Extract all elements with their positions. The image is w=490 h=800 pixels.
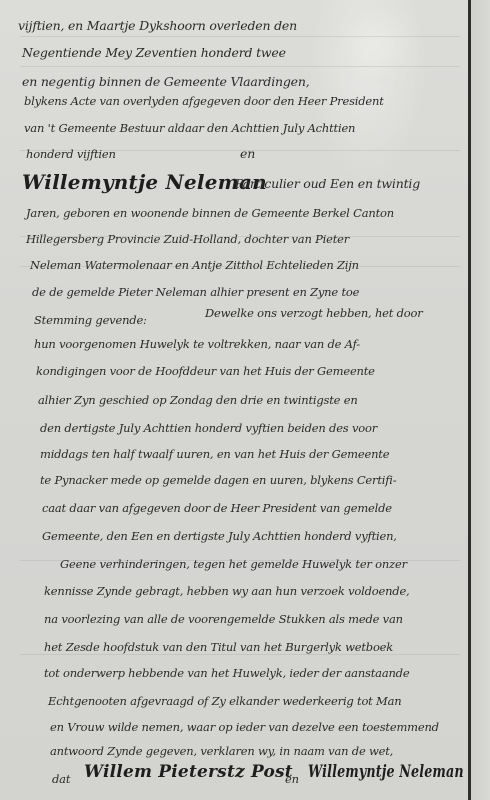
text-line-30: antwoord Zynde gegeven, verklaren wy, in… (50, 744, 393, 758)
text-line-6: honderd vijftien (26, 147, 116, 161)
text-line-5: van 't Gemeente Bestuur aldaar den Achtt… (24, 121, 355, 135)
text-line-22: Gemeente, den Een en dertigste July Acht… (42, 529, 397, 543)
bride-name-heading: Willemyntje Neleman (22, 170, 267, 194)
ruled-line (20, 36, 460, 37)
text-line-26: het Zesde hoofdstuk van den Titul van he… (44, 640, 393, 654)
text-line-16: kondigingen voor de Hoofddeur van het Hu… (36, 364, 375, 378)
text-line-29: en Vrouw wilde nemen, waar op ieder van … (50, 720, 439, 734)
text-line-dat: dat (52, 772, 70, 786)
ruled-line (20, 654, 460, 655)
ruled-line (20, 66, 460, 67)
text-line-20: te Pynacker mede op gemelde dagen en uur… (40, 473, 396, 487)
text-line-4: blykens Acte van overlyden afgegeven doo… (24, 94, 384, 108)
page-edge (471, 0, 490, 800)
text-line-2: Negentiende Mey Zeventien honderd twee (22, 45, 286, 60)
bride-name-closing: Willemyntje Neleman (308, 762, 464, 782)
groom-name: Willem Pieterstz Post (84, 762, 293, 782)
text-line-23: Geene verhinderingen, tegen het gemelde … (60, 557, 407, 571)
text-line-17: alhier Zyn geschied op Zondag den drie e… (38, 393, 358, 407)
text-line-27: tot onderwerp hebbende van het Huwelyk, … (44, 666, 409, 680)
text-line-14: Dewelke ons verzogt hebben, het door (205, 306, 423, 320)
scanned-document-page: vijftien, en Maartje Dykshoorn overleden… (0, 0, 490, 800)
text-line-en-2: en (285, 772, 299, 786)
text-line-3: en negentig binnen de Gemeente Vlaarding… (22, 74, 309, 89)
text-line-25: na voorlezing van alle de voorengemelde … (44, 612, 403, 626)
faint-seal-stamp (330, 4, 420, 84)
text-line-18: den dertigste July Achttien honderd vyft… (40, 421, 377, 435)
text-line-11: Neleman Watermolenaar en Antje Zitthol E… (30, 258, 359, 272)
text-line-8: Particulier oud Een en twintig (235, 176, 420, 191)
text-line-13: Stemming gevende: (34, 313, 147, 327)
text-line-24: kennisse Zynde gebragt, hebben wy aan hu… (44, 584, 410, 598)
text-line-28: Echtgenooten afgevraagd of Zy elkander w… (48, 694, 402, 708)
text-line-12: de de gemelde Pieter Neleman alhier pres… (32, 285, 359, 299)
text-line-21: caat daar van afgegeven door de Heer Pre… (42, 501, 392, 515)
text-line-19: middags ten half twaalf uuren, en van he… (40, 447, 389, 461)
text-line-15: hun voorgenomen Huwelyk te voltrekken, n… (34, 337, 360, 351)
text-line-9: Jaren, geboren en woonende binnen de Gem… (26, 206, 394, 220)
text-line-10: Hillegersberg Provincie Zuid-Holland, do… (26, 232, 349, 246)
text-line-en-1: en (240, 146, 255, 161)
text-line-1: vijftien, en Maartje Dykshoorn overleden… (18, 18, 297, 33)
